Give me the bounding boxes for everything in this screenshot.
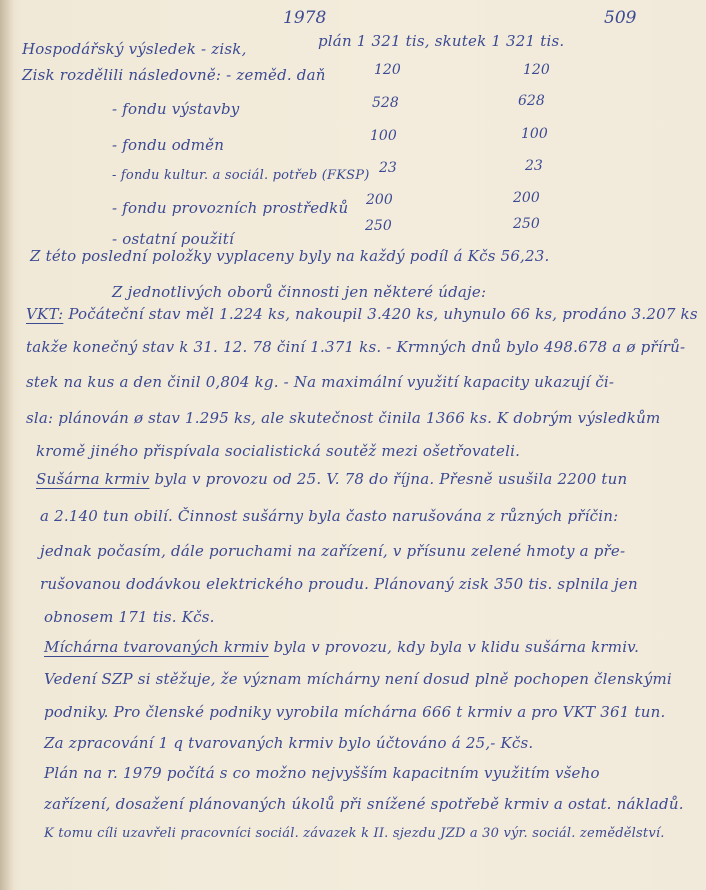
- table-cell-actual: 120: [523, 62, 550, 78]
- plan-vs-actual-header: plán 1 321 tis, skutek 1 321 tis.: [318, 32, 564, 50]
- table-cell-actual: 628: [518, 93, 545, 109]
- table-cell-plan: 528: [372, 95, 399, 111]
- page-binding-shadow: [0, 0, 14, 890]
- susarna-line-5: obnosem 171 tis. Kčs.: [44, 608, 215, 626]
- table-row-label: - fondu kultur. a sociál. potřeb (FKSP): [112, 168, 369, 183]
- table-cell-plan: 120: [374, 62, 401, 78]
- table-cell-plan: 200: [366, 192, 393, 208]
- table-cell-plan: 23: [379, 160, 397, 176]
- susarna-text: byla v provozu od 25. V. 78 do října. Př…: [154, 470, 627, 488]
- michacka-line-4: Za zpracování 1 q tvarovaných krmiv bylo…: [44, 734, 533, 752]
- plan-line-2: zařízení, dosažení plánovaných úkolů při…: [44, 795, 684, 813]
- vkt-line-5: kromě jiného přispívala socialistická so…: [36, 442, 520, 460]
- vkt-line-4: sla: plánován ø stav 1.295 ks, ale skute…: [26, 409, 660, 427]
- year-heading: 1978: [283, 8, 326, 28]
- table-row-label: Zisk rozdělili následovně: - zeměd. daň: [22, 66, 326, 84]
- table-cell-actual: 250: [513, 216, 540, 232]
- vkt-line-3: stek na kus a den činil 0,804 kg. - Na m…: [26, 373, 614, 391]
- plan-line-3: K tomu cíli uzavřeli pracovníci sociál. …: [44, 826, 665, 841]
- vkt-line-1: VKT: Počáteční stav měl 1.224 ks, nakoup…: [26, 305, 698, 323]
- table-row-label: - fondu odměn: [112, 136, 224, 154]
- table-row-label: - ostatní použití: [112, 230, 234, 248]
- michacka-line-3: podniky. Pro členské podniky vyrobila mí…: [44, 703, 665, 721]
- susarna-line-1: Sušárna krmiv byla v provozu od 25. V. 7…: [36, 470, 627, 488]
- table-cell-plan: 100: [370, 128, 397, 144]
- vkt-section-label: VKT:: [26, 305, 63, 323]
- page-number: 509: [604, 8, 636, 28]
- susarna-line-2: a 2.140 tun obilí. Činnost sušárny byla …: [40, 507, 618, 525]
- profit-heading: Hospodářský výsledek - zisk,: [22, 40, 247, 58]
- michacka-line-1: Míchárna tvarovaných krmiv byla v provoz…: [44, 638, 639, 656]
- michacka-line-2: Vedení SZP si stěžuje, že význam míchárn…: [44, 670, 672, 688]
- table-row-label: - fondu výstavby: [112, 100, 239, 118]
- table-cell-actual: 23: [525, 158, 543, 174]
- michacka-section-label: Míchárna tvarovaných krmiv: [44, 638, 269, 656]
- susarna-section-label: Sušárna krmiv: [36, 470, 149, 488]
- table-row-label: - fondu provozních prostředků: [112, 199, 348, 217]
- michacka-text: byla v provozu, kdy byla v klidu sušárna…: [274, 638, 639, 656]
- plan-line-1: Plán na r. 1979 počítá s co možno nejvyš…: [44, 764, 600, 782]
- susarna-line-3: jednak počasím, dále poruchami na zaříze…: [40, 542, 625, 560]
- handwritten-ledger-page: 1978 509 Hospodářský výsledek - zisk, pl…: [0, 0, 706, 890]
- dividend-sentence: Z této poslední položky vyplaceny byly n…: [30, 247, 549, 265]
- vkt-line-2: takže konečný stav k 31. 12. 78 činí 1.3…: [26, 338, 685, 356]
- activities-intro: Z jednotlivých oborů činnosti jen někter…: [112, 283, 486, 301]
- table-cell-actual: 200: [513, 190, 540, 206]
- table-cell-actual: 100: [521, 126, 548, 142]
- susarna-line-4: rušovanou dodávkou elektrického proudu. …: [40, 575, 638, 593]
- table-cell-plan: 250: [365, 218, 392, 234]
- vkt-text: Počáteční stav měl 1.224 ks, nakoupil 3.…: [68, 305, 697, 323]
